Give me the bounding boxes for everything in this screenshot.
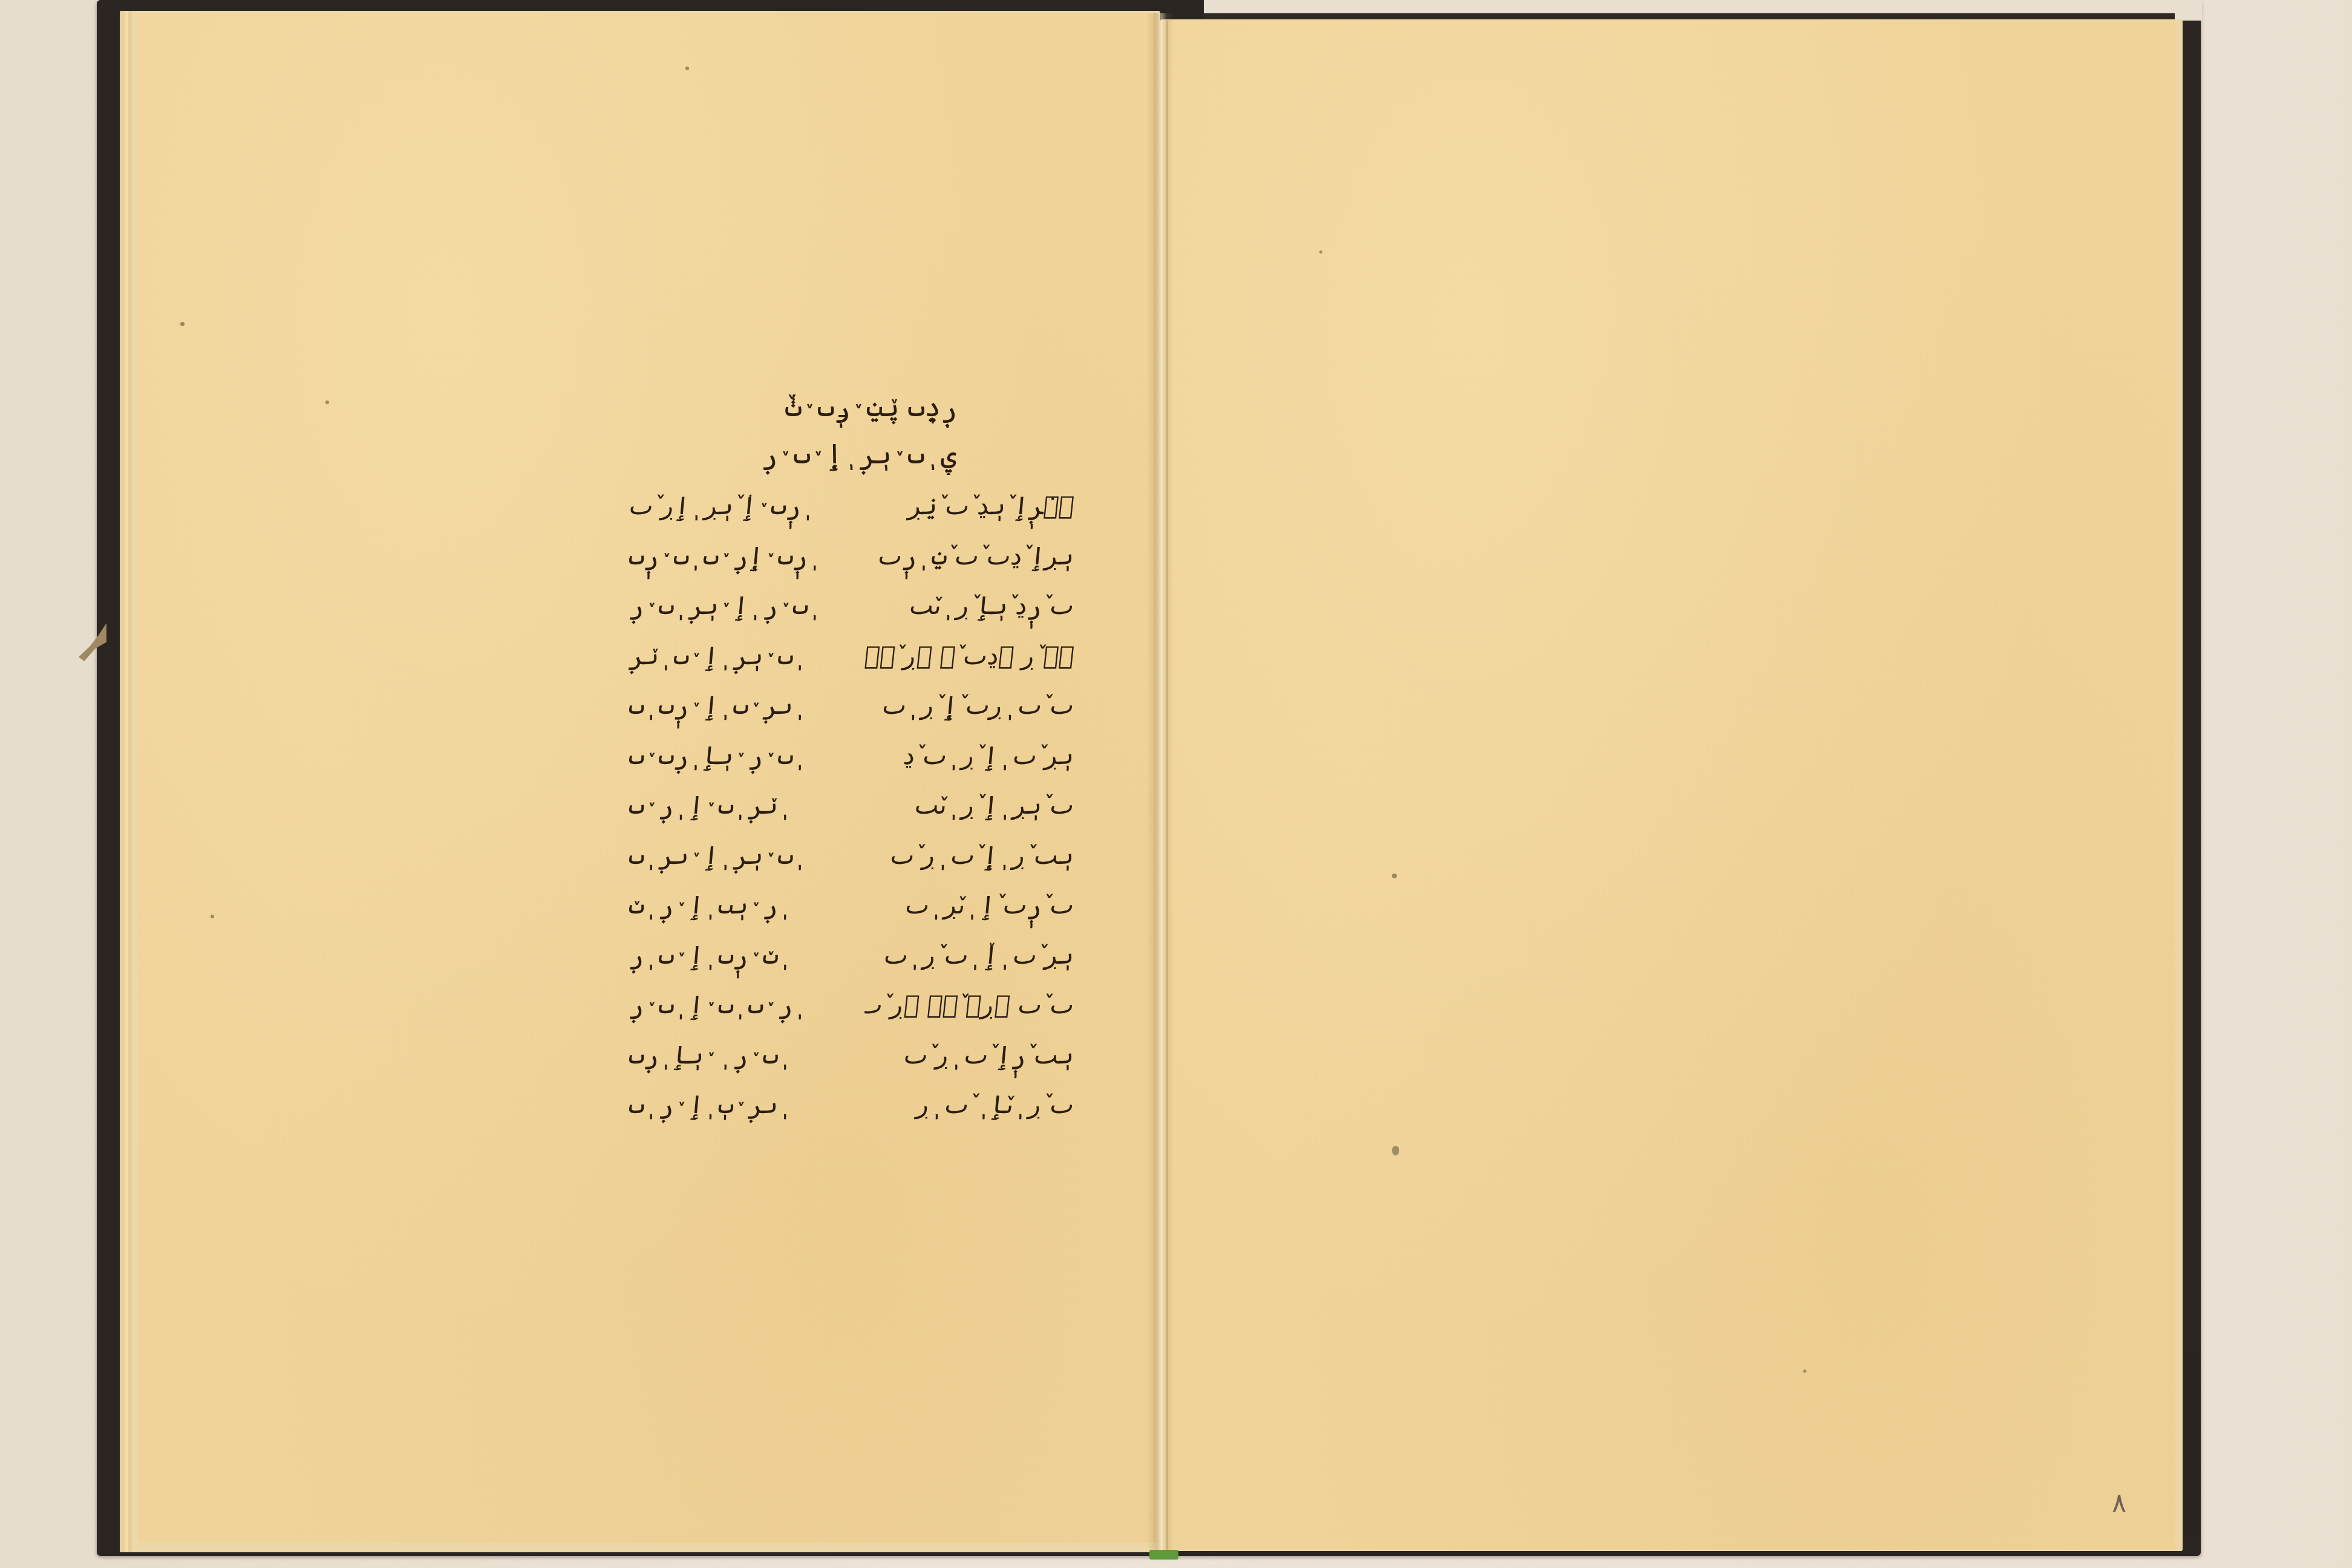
hemistich-left: ٖٮ ٚٮٖڔ ٖٳ ٚٮڔ ٖٮ [627,834,829,883]
hemistich-left: ٖڔ ٚٮ ٖٮ ٚٳ ٖٮ ٚڔ [627,983,829,1033]
couplet-row: ٮٖ݁ڔٖٳ ٚٮٖڍ ٚٮ ٚݔڔ ٖڔٖٮ ٚٳ݃ ٚٮٖڔ ٖٳڔ ٚٮ [623,484,1095,534]
paper-speck [1319,250,1322,253]
paper-speck [325,400,329,404]
hemistich-right: ٮٖ݁ڔٖٳ ٚٮٖڍ ٚٮ ٚݔڔ [863,484,1077,534]
hemistich-left: ٖٮ ٚڔ ٚٮٖٳ ٖڔٮ ٚٮ [627,734,829,783]
hemistich-right: ٮٖ ٚڔ ٖڍٮ ٚٳ ٖڔ ٚٮٖٮ [863,634,1077,684]
paper-speck [1803,1370,1806,1373]
hemistich-right: ٮ ٚٮ ٖڔٮ ٚٳٖ ٚڔ ٖٮ [863,684,1077,733]
couplet-row: ٮٖڔ ٚٮ ٖٳ ٚڔ ٖٮ ٚڍ ٖٮ ٚڔ ٚٮٖٳ ٖڔٮ ٚٮ [623,734,1095,784]
hemistich-right: ٮ ٚڔٖڍ ٚٮٖٳ ٚڔ ٖٮٚٮ [863,584,1077,633]
poem-heading-line-2: ۑ ٖٮ ٚٮٖڔ ٖٳٖ ٚٮ ٚڔ [623,433,1095,475]
couplet-row: ٮ ٚٮ ٖڔٮ ٚٳٖ ٚڔ ٖٮ ٖٮڔ ٚٮ ٖٳ ٚڔٖٮ ٖٮ [623,684,1095,734]
hemistich-right: ٮ ٚڔ ٖٮٚٳ ٖ ٚٮ ٖڔ [863,1083,1077,1132]
hemistich-left: ٖڔ ٚٮٖٮ ٖٳ ٚڔ ٖٮٚ [627,883,829,933]
hemistich-left: ٖڔٖٮ ٚٳ݃ ٚٮٖڔ ٖٳڔ ٚٮ [627,484,829,534]
couplet-row: ٮ ٚڔٖڍ ٚٮٖٳ ٚڔ ٖٮٚٮ ٖٮ ٚڔ ٖٳ ٚٮٖڔ ٖٮ ٚڔ [623,584,1095,634]
spine-ribbon [1149,1550,1178,1560]
paper-speck [211,915,214,918]
hemistich-right: ٮٖڔٳ ٚڍٮ ٚٮ ٚݔ ٖڔٖٮ [863,534,1077,584]
hemistich-right: ٮ ٚٮ ٖڔٳ ٚٮٖ ٖڔ ٚٮ [863,983,1077,1033]
hemistich-right: ٮٖٮ ٚڔ ٖٳٖ ٚٮ ٖڔ ٚٮ [863,834,1077,883]
hemistich-right: ٮ ٚٮٖڔ ٖٳ ٚڔ ٖٮٚٮ [863,783,1077,833]
hemistich-left: ٖٮ ٚڔ ٖٳ ٚٮٖڔ ٖٮ ٚڔ [627,584,829,633]
paper-stain [1392,1146,1399,1155]
couplet-row: ٮ ٚٮٖڔ ٖٳ ٚڔ ٖٮٚٮ ٖٮٚڔ ٖٮ ٚٳ ٖڔ ٚٮ [623,783,1095,834]
paper-speck [1392,874,1397,878]
couplet-row: ٮٖڔ ٚٮ ٖٳٚ ٖٮ ٚڔ ٖٮ ٖٮٚ ٚڔٖٮ ٖٳ ٚٮ ٖڔ [623,933,1095,984]
couplet-row: ٮٖ ٚڔ ٖڍٮ ٚٳ ٖڔ ٚٮٖٮ ٖٮ ٚٮٖڔ ٖٳ ٚٮ ٖٮٚڔ [623,634,1095,684]
hemistich-left: ٖٮٚ ٚڔٖٮ ٖٳ ٚٮ ٖڔ [627,933,829,983]
hemistich-left: ٖٮٚڔ ٖٮ ٚٳ ٖڔ ٚٮ [627,783,829,833]
couplet-row: ٮ ٚڔٖٮ ٚٳ ٖٮٚڔ ٖٮ ٖڔ ٚٮٖٮ ٖٳ ٚڔ ٖٮٚ [623,883,1095,933]
hemistich-right: ٮ ٚڔٖٮ ٚٳ ٖٮٚڔ ٖٮ [863,883,1077,933]
right-page [1166,21,2175,1550]
hemistich-left: ٖٮ ٚٮٖڔ ٖٳ ٚٮ ٖٮٚڔ [627,634,829,684]
hemistich-left: ٖٮ ٚڔ ٖ ٚٮٖٳ ٖڔٮ [627,1033,829,1083]
paper-speck [685,67,689,70]
hemistich-left: ٖٮڔ ٚٮٖ ٖٳ ٚڔ ٖٮ [627,1083,829,1132]
couplet-list: ٮٖ݁ڔٖٳ ٚٮٖڍ ٚٮ ٚݔڔ ٖڔٖٮ ٚٳ݃ ٚٮٖڔ ٖٳڔ ٚٮ … [623,484,1095,1133]
book-gutter [1146,13,1174,1550]
couplet-row: ٮ ٚٮ ٖڔٳ ٚٮٖ ٖڔ ٚٮ ٖڔ ٚٮ ٖٮ ٚٳ ٖٮ ٚڔ [623,983,1095,1033]
poem-text-block: ڔٖڍٖٮ ۑٚݔ ٚݛٖٮ ٚٺ݃ٚ ۑ ٖٮ ٚٮٖڔ ٖٳٖ ٚٮ ٚڔ … [623,378,1095,1128]
paper-speck [180,322,185,326]
couplet-row: ٮ ٚڔ ٖٮٚٳ ٖ ٚٮ ٖڔ ٖٮڔ ٚٮٖ ٖٳ ٚڔ ٖٮ [623,1083,1095,1133]
hemistich-left: ٖٮڔ ٚٮ ٖٳ ٚڔٖٮ ٖٮ [627,684,829,733]
folio-number: ٨ [2104,1485,2134,1521]
couplet-row: ٮٖڔٳ ٚڍٮ ٚٮ ٚݔ ٖڔٖٮ ٖڔٖٮ ٚٳٖڔ ٚٮ ٖٮ ٚڔٖٮ [623,534,1095,584]
couplet-row: ٮٖٮ ٚڔ ٖٳٖ ٚٮ ٖڔ ٚٮ ٖٮ ٚٮٖڔ ٖٳ ٚٮڔ ٖٮ [623,834,1095,884]
couplet-row: ٮٖٮ ٚڔٖٳ ٚٮ ٖڔ ٚٮ ٖٮ ٚڔ ٖ ٚٮٖٳ ٖڔٮ [623,1033,1095,1083]
hemistich-right: ٮٖڔ ٚٮ ٖٳ ٚڔ ٖٮ ٚڍ [863,734,1077,783]
hemistich-left: ٖڔٖٮ ٚٳٖڔ ٚٮ ٖٮ ٚڔٖٮ [627,534,829,584]
hemistich-right: ٮٖڔ ٚٮ ٖٳٚ ٖٮ ٚڔ ٖٮ [863,933,1077,983]
hemistich-right: ٮٖٮ ٚڔٖٳ ٚٮ ٖڔ ٚٮ [863,1033,1077,1083]
poem-heading-line-1: ڔٖڍٖٮ ۑٚݔ ٚݛٖٮ ٚٺ݃ٚ [623,385,1095,428]
